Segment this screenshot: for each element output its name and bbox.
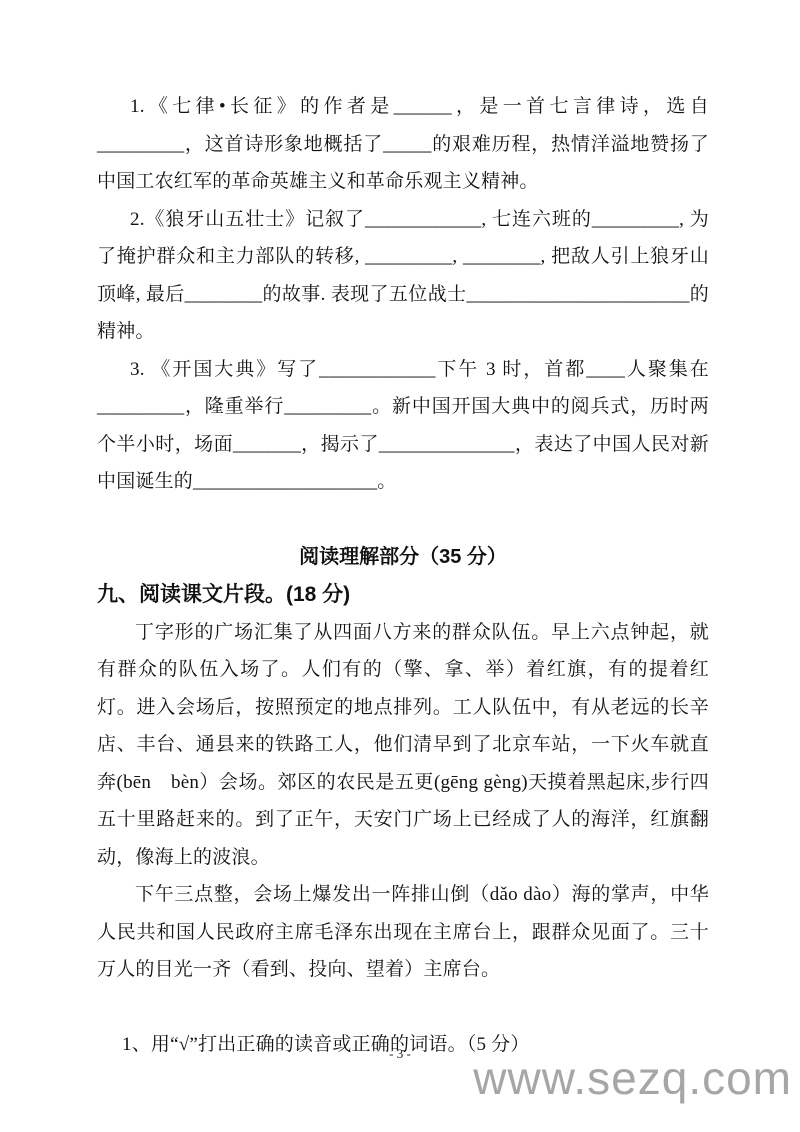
reading-subsection-title: 九、阅读课文片段。(18 分) <box>97 576 709 614</box>
fill-question-3: 3. 《开国大典》写了____________下午 3 时，首都____人聚集在… <box>97 351 709 501</box>
reading-section-title: 阅读理解部分（35 分） <box>97 538 709 576</box>
passage-paragraph-2: 下午三点整，会场上爆发出一阵排山倒（dǎo dào）海的掌声，中华人民共和国人民… <box>97 876 709 989</box>
watermark-text: www.sezq.com <box>473 1052 792 1104</box>
page-content: 1.《七律•长征》的作者是______，是一首七言律诗，选自_________，… <box>97 88 709 1063</box>
fill-question-2: 2.《狼牙山五壮士》记叙了____________, 七连六班的________… <box>97 201 709 351</box>
document-page: 1.《七律•长征》的作者是______，是一首七言律诗，选自_________，… <box>0 0 800 1132</box>
fill-question-1: 1.《七律•长征》的作者是______，是一首七言律诗，选自_________，… <box>97 88 709 201</box>
passage-paragraph-1: 丁字形的广场汇集了从四面八方来的群众队伍。早上六点钟起，就有群众的队伍入场了。人… <box>97 614 709 877</box>
